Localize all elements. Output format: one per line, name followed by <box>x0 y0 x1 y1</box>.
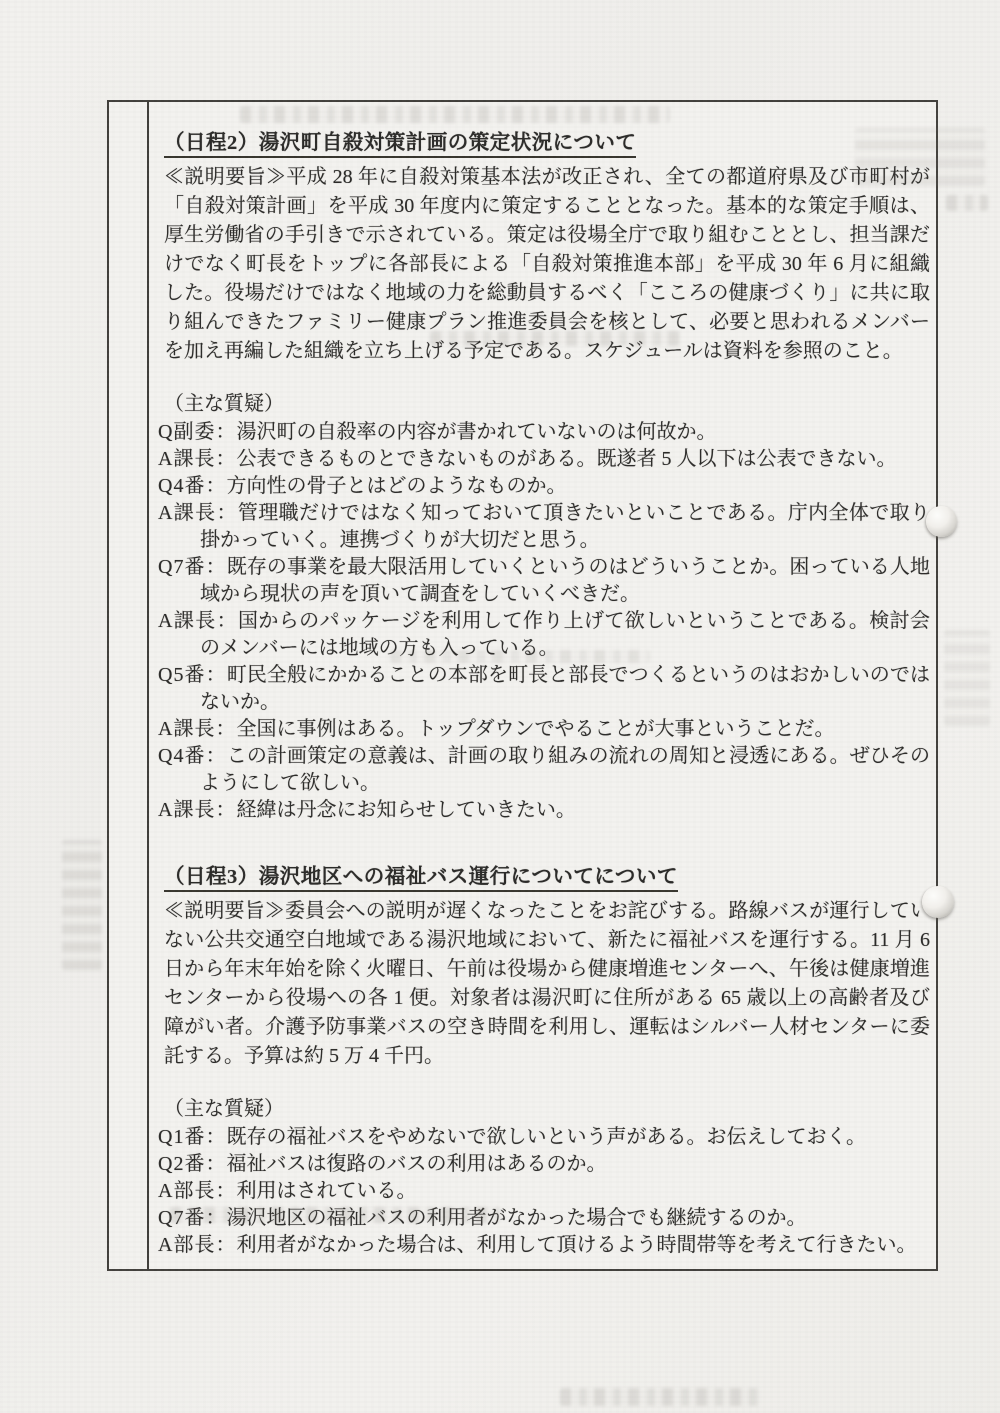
qa-text: 既存の福祉バスをやめないで欲しいという声がある。お伝えしておく。 <box>226 1126 866 1148</box>
qa-text: 町民全般にかかることの本部を町長と部長でつくるというのはおかしいのではないか。 <box>200 664 930 713</box>
qa-speaker-label: A課長： <box>158 448 236 470</box>
qa-item: Q副委：湯沢町の自殺率の内容が書かれていないのは何故か。 <box>158 419 930 446</box>
qa-item: A課長：全国に事例はある。トップダウンでやることが大事ということだ。 <box>158 716 930 743</box>
document-content: （日程2）湯沢町自殺対策計画の策定状況について ≪説明要旨≫平成 28 年に自殺… <box>149 102 936 1269</box>
agenda-2-heading-text: （日程2）湯沢町自殺対策計画の策定状況について <box>164 132 636 158</box>
agenda-3-section: （日程3）湯沢地区への福祉バス運行についてについて ≪説明要旨≫委員会への説明が… <box>164 862 930 1259</box>
qa-speaker-label: A部長： <box>158 1180 236 1202</box>
qa-speaker-label: Q4番： <box>158 475 226 497</box>
qa-item: A課長：公表できるものとできないものがある。既遂者 5 人以下は公表できない。 <box>158 446 930 473</box>
scanned-document-page: （日程2）湯沢町自殺対策計画の策定状況について ≪説明要旨≫平成 28 年に自殺… <box>0 0 1000 1413</box>
qa-item: Q4番：方向性の骨子とはどのようなものか。 <box>158 473 930 500</box>
qa-text: 湯沢町の自殺率の内容が書かれていないのは何故か。 <box>236 421 716 443</box>
qa-speaker-label: Q1番： <box>158 1126 226 1148</box>
agenda-2-summary: ≪説明要旨≫平成 28 年に自殺対策基本法が改正され、全ての都道府県及び市町村が… <box>164 163 930 366</box>
agenda-2-heading: （日程2）湯沢町自殺対策計画の策定状況について <box>164 128 930 158</box>
agenda-3-qa-title: （主な質疑） <box>164 1095 930 1124</box>
qa-speaker-label: Q2番： <box>158 1153 226 1175</box>
scan-bump-artifact <box>926 506 957 537</box>
qa-speaker-label: A課長： <box>158 502 238 524</box>
qa-speaker-label: Q4番： <box>158 745 227 767</box>
qa-item: Q7番：既存の事業を最大限活用していくというのはどういうことか。困っている人地域… <box>158 554 930 608</box>
qa-text: 既存の事業を最大限活用していくというのはどういうことか。困っている人地域から現状… <box>200 556 930 605</box>
agenda-2-qa-list: Q副委：湯沢町の自殺率の内容が書かれていないのは何故か。 A課長：公表できるもの… <box>158 419 930 824</box>
qa-text: この計画策定の意義は、計画の取り組みの流れの周知と浸透にある。ぜひそのようにして… <box>200 745 930 794</box>
qa-speaker-label: A部長： <box>158 1234 236 1256</box>
qa-text: 管理職だけではなく知っておいて頂きたいといことである。庁内全体で取り掛かっていく… <box>200 502 930 551</box>
qa-text: 湯沢地区の福祉バスの利用者がなかった場合でも継続するのか。 <box>226 1207 806 1229</box>
qa-speaker-label: A課長： <box>158 799 236 821</box>
bleed-through-smudge <box>62 840 102 970</box>
agenda-3-heading: （日程3）湯沢地区への福祉バス運行についてについて <box>164 862 930 892</box>
agenda-3-summary: ≪説明要旨≫委員会への説明が遅くなったことをお詫びする。路線バスが運行していない… <box>164 897 930 1071</box>
bleed-through-smudge <box>560 1388 760 1406</box>
qa-item: A課長：国からのパッケージを利用して作り上げて欲しいということである。検討会のメ… <box>158 608 930 662</box>
qa-speaker-label: Q副委： <box>158 421 236 443</box>
qa-speaker-label: Q7番： <box>158 556 227 578</box>
qa-item: Q4番：この計画策定の意義は、計画の取り組みの流れの周知と浸透にある。ぜひそのよ… <box>158 743 930 797</box>
agenda-3-qa-list: Q1番：既存の福祉バスをやめないで欲しいという声がある。お伝えしておく。 Q2番… <box>158 1124 930 1259</box>
agenda-2-qa-title: （主な質疑） <box>164 390 930 419</box>
qa-text: 公表できるものとできないものがある。既遂者 5 人以下は公表できない。 <box>236 448 896 470</box>
qa-speaker-label: Q7番： <box>158 1207 226 1229</box>
qa-text: 利用者がなかった場合は、利用して頂けるよう時間帯等を考えて行きたい。 <box>236 1234 916 1256</box>
qa-text: 国からのパッケージを利用して作り上げて欲しいということである。検討会のメンバーに… <box>200 610 930 659</box>
left-margin-column <box>109 102 149 1269</box>
qa-text: 福祉バスは復路のバスの利用はあるのか。 <box>226 1153 606 1175</box>
qa-text: 経緯は丹念にお知らせしていきたい。 <box>236 799 575 821</box>
qa-item: Q1番：既存の福祉バスをやめないで欲しいという声がある。お伝えしておく。 <box>158 1124 930 1151</box>
qa-text: 全国に事例はある。トップダウンでやることが大事ということだ。 <box>236 718 834 740</box>
qa-speaker-label: A課長： <box>158 718 236 740</box>
qa-item: A課長：経緯は丹念にお知らせしていきたい。 <box>158 797 930 824</box>
agenda-2-section: （日程2）湯沢町自殺対策計画の策定状況について ≪説明要旨≫平成 28 年に自殺… <box>164 128 930 824</box>
agenda-3-heading-text: （日程3）湯沢地区への福祉バス運行についてについて <box>164 866 678 892</box>
qa-text: 利用はされている。 <box>236 1180 416 1202</box>
qa-item: A部長：利用者がなかった場合は、利用して頂けるよう時間帯等を考えて行きたい。 <box>158 1232 930 1259</box>
bleed-through-smudge <box>946 195 988 211</box>
qa-item: Q5番：町民全般にかかることの本部を町長と部長でつくるというのはおかしいのではな… <box>158 662 930 716</box>
qa-speaker-label: Q5番： <box>158 664 227 686</box>
scan-bump-artifact <box>922 886 954 918</box>
qa-item: A部長：利用はされている。 <box>158 1178 930 1205</box>
qa-text: 方向性の骨子とはどのようなものか。 <box>226 475 566 497</box>
qa-speaker-label: A課長： <box>158 610 238 632</box>
qa-item: Q2番：福祉バスは復路のバスの利用はあるのか。 <box>158 1151 930 1178</box>
qa-item: Q7番：湯沢地区の福祉バスの利用者がなかった場合でも継続するのか。 <box>158 1205 930 1232</box>
qa-item: A課長：管理職だけではなく知っておいて頂きたいといことである。庁内全体で取り掛か… <box>158 500 930 554</box>
document-frame: （日程2）湯沢町自殺対策計画の策定状況について ≪説明要旨≫平成 28 年に自殺… <box>107 100 938 1271</box>
bleed-through-smudge <box>944 630 990 726</box>
